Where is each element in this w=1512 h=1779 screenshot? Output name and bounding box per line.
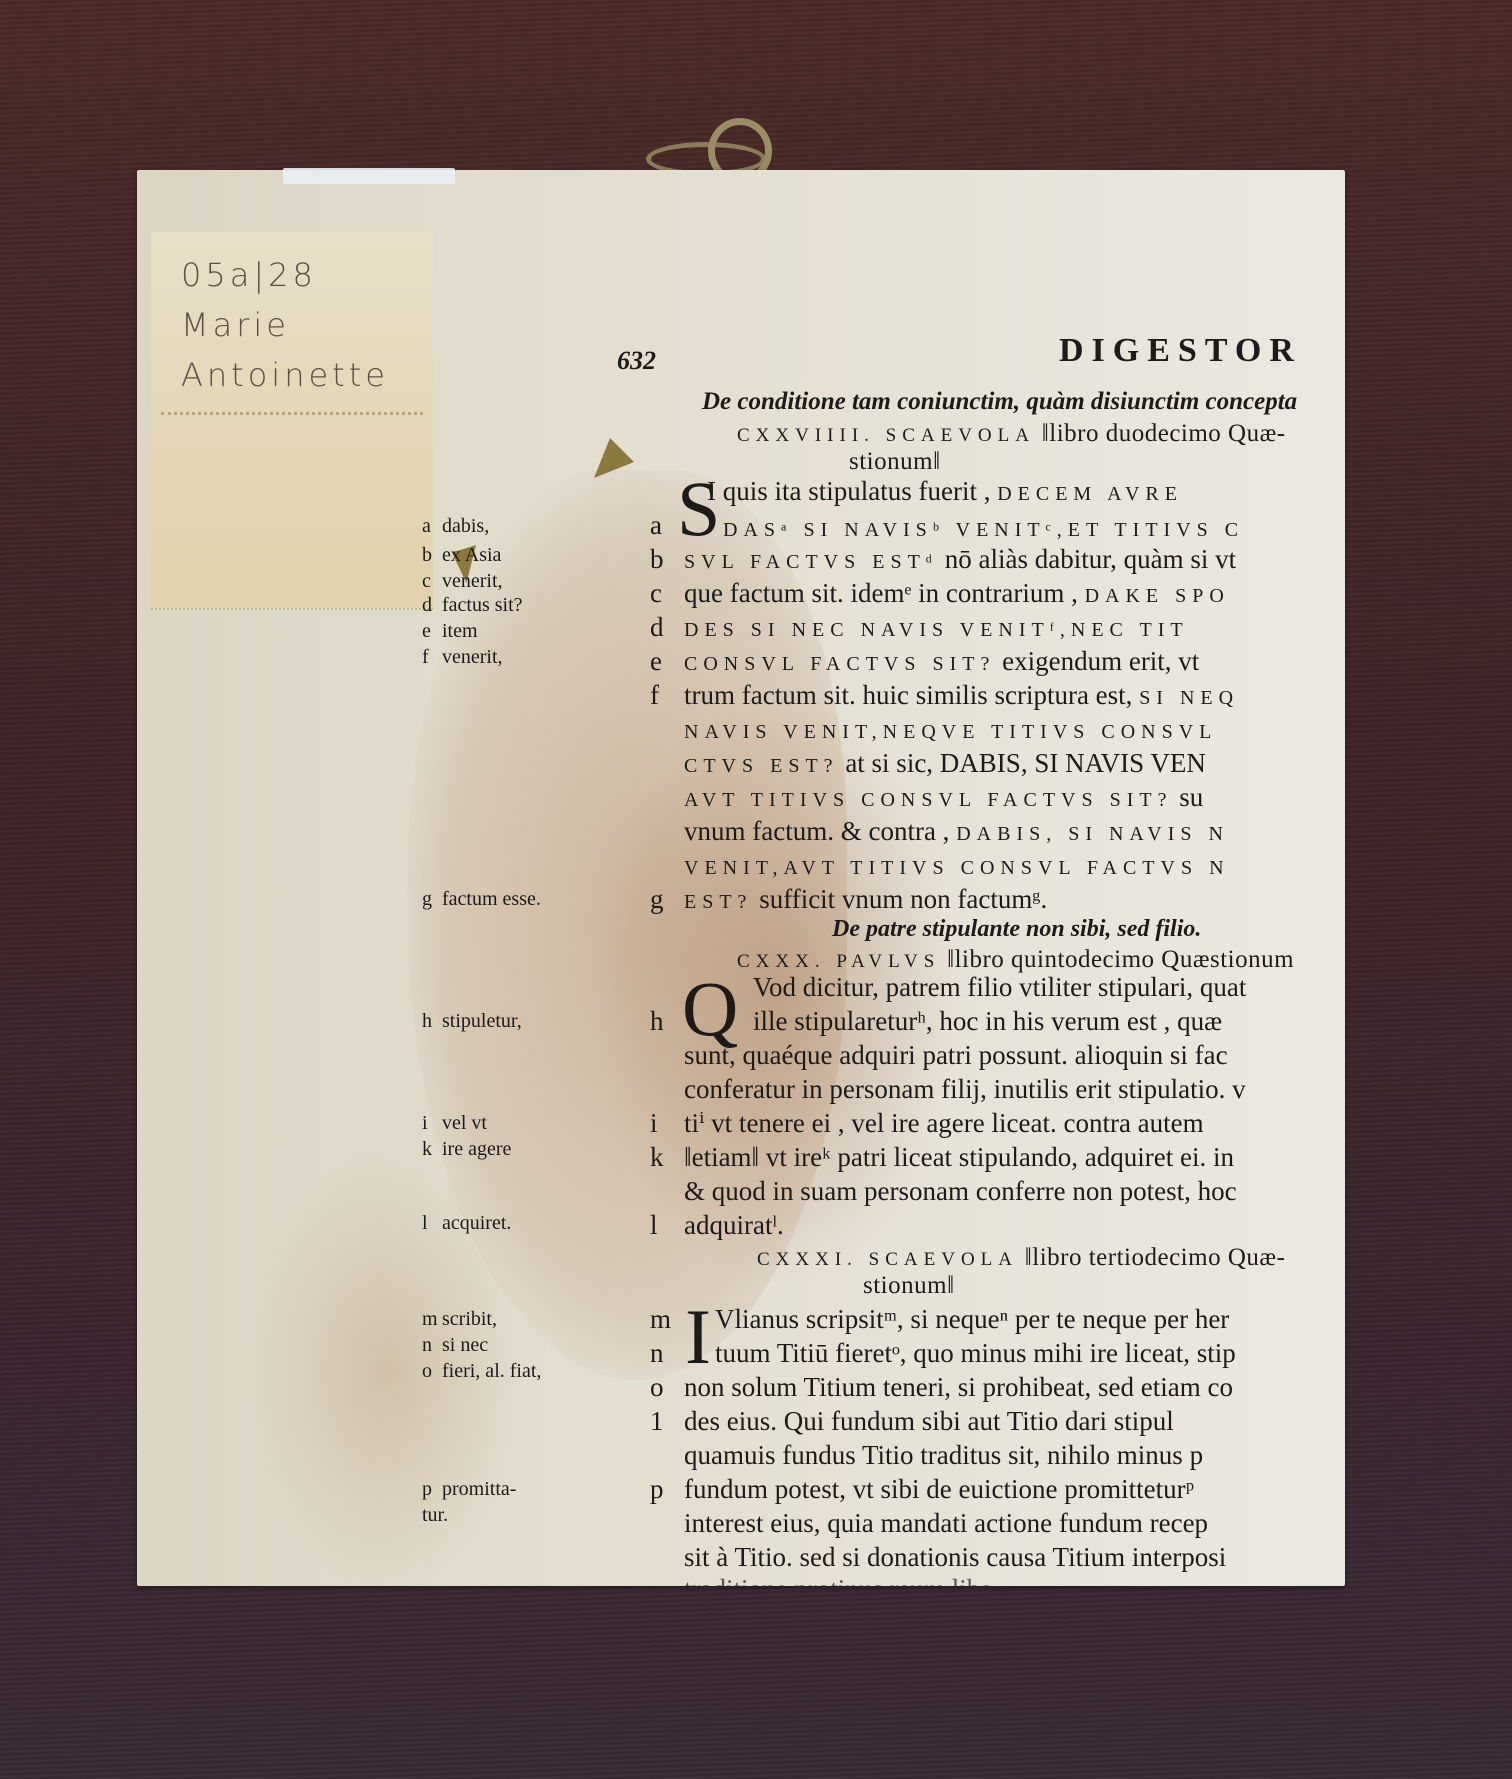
- lex-header: CXXVIIII. SCAEVOLA ‖libro duodecimo Quæ-: [737, 420, 1286, 448]
- margin-key: l: [650, 1210, 658, 1241]
- text-line: tuum Titiū fieretᵒ, quo minus mihi ire l…: [715, 1338, 1375, 1369]
- margin-key: k: [650, 1142, 664, 1173]
- margin-note: scribit,: [442, 1308, 497, 1331]
- margin-key: e: [650, 646, 662, 677]
- margin-key: o: [650, 1372, 664, 1403]
- margin-note-key: a: [422, 515, 431, 538]
- margin-note: ire agere: [442, 1138, 511, 1161]
- text-line-cut: traditione protinus reum libe...: [684, 1574, 1344, 1586]
- text-line: des eius. Qui fundum sibi aut Titio dari…: [684, 1406, 1344, 1437]
- drop-cap: Q: [682, 970, 738, 1048]
- text-line: EST? sufficit vnum non factumᵍ.: [684, 884, 1344, 915]
- drop-cap: I: [685, 1298, 711, 1376]
- margin-key: p: [650, 1474, 664, 1505]
- margin-note: item: [442, 620, 478, 643]
- text-line: non solum Titium teneri, si prohibeat, s…: [684, 1372, 1344, 1403]
- text-line: SVL FACTVS ESTᵈ nō aliàs dabitur, quàm s…: [684, 544, 1344, 575]
- margin-key: b: [650, 544, 664, 575]
- text-line: DES SI NEC NAVIS VENITᶠ,NEC TIT: [684, 612, 1344, 643]
- margin-key: d: [650, 612, 664, 643]
- text-line: tiⁱ vt tenere ei , vel ire agere liceat.…: [684, 1108, 1344, 1139]
- margin-note-key: d: [422, 594, 432, 617]
- text-line: CTVS EST? at si sic, DABIS, SI NAVIS VEN: [684, 748, 1344, 779]
- margin-note: venerit,: [442, 570, 503, 593]
- margin-note-key: l: [422, 1212, 428, 1235]
- margin-note: acquiret.: [442, 1212, 511, 1235]
- hanging-ring: [636, 112, 774, 174]
- text-line: que factum sit. idemᵉ in contrarium , DA…: [684, 578, 1344, 609]
- text-line: NAVIS VENIT,NEQVE TITIVS CONSVL: [684, 714, 1344, 745]
- lex-source-cont: stionum‖: [849, 448, 941, 476]
- margin-note: factum esse.: [442, 888, 541, 911]
- section-heading: De conditione tam coniunctim, quàm disiu…: [702, 388, 1297, 416]
- margin-note-key: g: [422, 888, 432, 911]
- lex-source-cont: stionum‖: [863, 1272, 955, 1300]
- margin-note-key: e: [422, 620, 431, 643]
- margin-note: vel vt: [442, 1112, 487, 1135]
- text-line: VENIT,AVT TITIVS CONSVL FACTVS N: [684, 850, 1344, 881]
- lex-header: CXXX. PAVLVS ‖libro quintodecimo Quæstio…: [737, 946, 1294, 974]
- text-line: fundum potest, vt sibi de euictione prom…: [684, 1474, 1344, 1505]
- lex-source: ‖libro quintodecimo Quæstionum: [947, 946, 1294, 973]
- margin-note: ex Asia: [442, 544, 501, 567]
- margin-key: m: [650, 1304, 671, 1335]
- lex-source: ‖libro tertiodecimo Quæ-: [1025, 1244, 1286, 1271]
- margin-note-key: n: [422, 1334, 432, 1357]
- margin-note-key: m: [422, 1308, 438, 1331]
- margin-note: factus sit?: [442, 594, 523, 617]
- margin-note: promitta-: [442, 1478, 516, 1501]
- text-line: sunt, quaéque adquiri patri possunt. ali…: [684, 1040, 1344, 1071]
- margin-key: h: [650, 1006, 664, 1037]
- margin-key: g: [650, 884, 664, 915]
- margin-key: n: [650, 1338, 664, 1369]
- text-line: Vlianus scripsitᵐ, si nequeⁿ per te nequ…: [715, 1304, 1375, 1335]
- margin-note: stipuletur,: [442, 1010, 522, 1033]
- text-line: AVT TITIVS CONSVL FACTVS SIT? su: [684, 782, 1344, 813]
- text-line: I quis ita stipulatus fuerit , DECEM AVR…: [707, 476, 1367, 507]
- margin-key: a: [650, 510, 662, 541]
- text-line: CONSVL FACTVS SIT? exigendum erit, vt: [684, 646, 1344, 677]
- lex-number: CXXX. PAVLVS: [737, 951, 940, 972]
- running-head: DIGESTOR: [1059, 332, 1302, 370]
- margin-note-key: p: [422, 1478, 432, 1501]
- text-line: conferatur in personam filij, inutilis e…: [684, 1074, 1344, 1105]
- text-line: DASᵃ SI NAVISᵇ VENITᶜ,ET TITIVS C: [723, 512, 1383, 543]
- margin-note-key: o: [422, 1360, 432, 1383]
- mounted-leaf: 05a|28 Marie Antoinette 632 DIGESTOR De …: [137, 170, 1345, 1586]
- margin-note: si nec: [442, 1334, 488, 1357]
- margin-note-key: i: [422, 1112, 428, 1135]
- lex-header: CXXXI. SCAEVOLA ‖libro tertiodecimo Quæ-: [757, 1244, 1285, 1272]
- margin-note-key: b: [422, 544, 432, 567]
- lex-number: CXXVIIII. SCAEVOLA: [737, 425, 1035, 446]
- text-line: & quod in suam personam conferre non pot…: [684, 1176, 1344, 1207]
- margin-note: tur.: [422, 1504, 448, 1527]
- margin-note-key: h: [422, 1010, 432, 1033]
- margin-key: f: [650, 680, 659, 711]
- page-number: 632: [617, 346, 656, 376]
- margin-key: c: [650, 578, 662, 609]
- text-line: sit à Titio. sed si donationis causa Tit…: [684, 1542, 1344, 1573]
- margin-key: i: [650, 1108, 658, 1139]
- margin-note-key: f: [422, 646, 429, 669]
- margin-note-key: c: [422, 570, 431, 593]
- margin-note: venerit,: [442, 646, 503, 669]
- margin-note: dabis,: [442, 515, 489, 538]
- margin-note: fieri, al. fiat,: [442, 1360, 541, 1383]
- margin-note-key: k: [422, 1138, 432, 1161]
- text-line: adquiratˡ.: [684, 1210, 1344, 1241]
- text-line: Vod dicitur, patrem filio vtiliter stipu…: [753, 972, 1413, 1003]
- text-line: interest eius, quia mandati actione fund…: [684, 1508, 1344, 1539]
- printed-page: 632 DIGESTOR De conditione tam coniuncti…: [137, 170, 1345, 1586]
- lex-source: ‖libro duodecimo Quæ-: [1042, 420, 1286, 447]
- lex-number: CXXXI. SCAEVOLA: [757, 1249, 1018, 1270]
- text-line: vnum factum. & contra , DABIS, SI NAVIS …: [684, 816, 1344, 847]
- text-line: ille stipulareturʰ, hoc in his verum est…: [753, 1006, 1413, 1037]
- text-line: trum factum sit. huic similis scriptura …: [684, 680, 1344, 711]
- text-line: quamuis fundus Titio traditus sit, nihil…: [684, 1440, 1344, 1471]
- text-line: ‖etiam‖ vt ireᵏ patri liceat stipulando,…: [684, 1142, 1344, 1173]
- section-heading: De patre stipulante non sibi, sed filio.: [832, 916, 1201, 943]
- margin-key: 1: [650, 1406, 664, 1437]
